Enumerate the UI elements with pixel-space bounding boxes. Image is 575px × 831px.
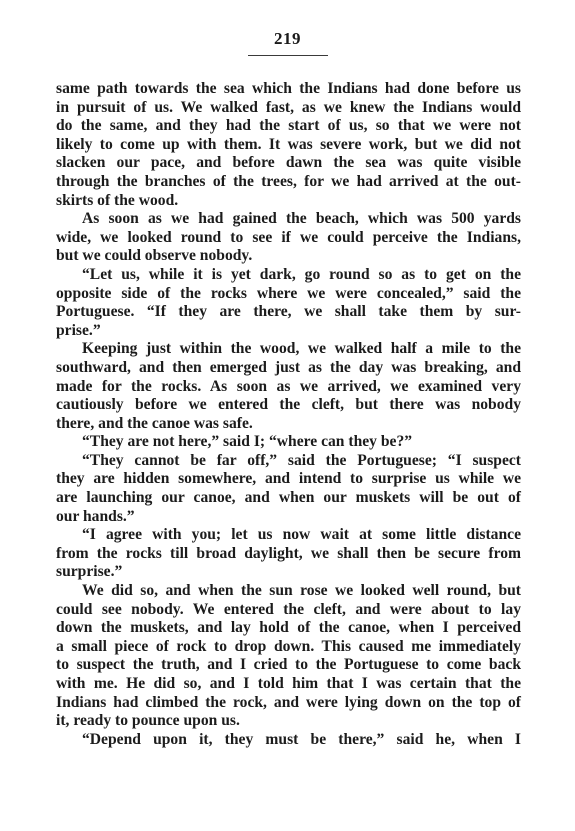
- text-line: down the muskets, and lay hold of the ca…: [56, 619, 521, 638]
- body-text: same path towards the sea which the Indi…: [56, 80, 521, 749]
- text-line-content: are launching our canoe, and when our mu…: [56, 489, 521, 508]
- text-line-content: Indians had climbed the rock, and were l…: [56, 694, 521, 713]
- text-line: “They cannot be far off,” said the Portu…: [56, 452, 521, 471]
- header-rule: [248, 55, 328, 56]
- text-line-content: to suspect the truth, and I cried to the…: [56, 656, 521, 675]
- text-line-content: Keeping just within the wood, we walked …: [82, 340, 521, 359]
- text-line-content: We did so, and when the sun rose we look…: [82, 582, 521, 601]
- text-line: We did so, and when the sun rose we look…: [56, 582, 521, 601]
- text-line-content: opposite side of the rocks where we were…: [56, 285, 521, 304]
- text-line: “Depend upon it, they must be there,” sa…: [56, 731, 521, 750]
- text-line-content: with me. He did so, and I told him that …: [56, 675, 521, 694]
- text-line: likely to come up with them. It was seve…: [56, 136, 521, 155]
- text-line: made for the rocks. As soon as we arrive…: [56, 378, 521, 397]
- text-line: but we could observe nobody.: [56, 247, 521, 266]
- text-line-content: from the rocks till broad daylight, we s…: [56, 545, 521, 564]
- text-line-content: same path towards the sea which the Indi…: [56, 80, 521, 99]
- text-line-content: “I agree with you; let us now wait at so…: [82, 526, 521, 545]
- text-line-content: our hands.”: [56, 508, 521, 527]
- text-line: “Let us, while it is yet dark, go round …: [56, 266, 521, 285]
- text-line: cautiously before we entered the cleft, …: [56, 396, 521, 415]
- text-line-content: surprise.”: [56, 563, 521, 582]
- text-line-content: down the muskets, and lay hold of the ca…: [56, 619, 521, 638]
- text-line-content: do the same, and they had the start of u…: [56, 117, 521, 136]
- text-line: our hands.”: [56, 508, 521, 527]
- text-line-content: cautiously before we entered the cleft, …: [56, 396, 521, 415]
- text-line-content: skirts of the wood.: [56, 192, 521, 211]
- text-line: there, and the canoe was safe.: [56, 415, 521, 434]
- text-line-content: “Let us, while it is yet dark, go round …: [82, 266, 521, 285]
- text-line-content: in pursuit of us. We walked fast, as we …: [56, 99, 521, 118]
- text-line-content: through the branches of the trees, for w…: [56, 173, 521, 192]
- text-line: could see nobody. We entered the cleft, …: [56, 601, 521, 620]
- text-line-content: a small piece of rock to drop down. This…: [56, 638, 521, 657]
- text-line-content: could see nobody. We entered the cleft, …: [56, 601, 521, 620]
- text-line-content: southward, and then emerged just as the …: [56, 359, 521, 378]
- text-line-content: slacken our pace, and before dawn the se…: [56, 154, 521, 173]
- text-line: a small piece of rock to drop down. This…: [56, 638, 521, 657]
- text-line-content: they are hidden somewhere, and intend to…: [56, 470, 521, 489]
- text-line-content: As soon as we had gained the beach, whic…: [82, 210, 521, 229]
- text-line: Portuguese. “If they are there, we shall…: [56, 303, 521, 322]
- text-line: surprise.”: [56, 563, 521, 582]
- text-line-content: it, ready to pounce upon us.: [56, 712, 521, 731]
- text-line-content: “They cannot be far off,” said the Portu…: [82, 452, 521, 471]
- text-line: do the same, and they had the start of u…: [56, 117, 521, 136]
- text-line: “I agree with you; let us now wait at so…: [56, 526, 521, 545]
- text-line: As soon as we had gained the beach, whic…: [56, 210, 521, 229]
- page-number: 219: [0, 29, 575, 49]
- text-line-content: “They are not here,” said I; “where can …: [82, 433, 521, 452]
- text-line-content: prise.”: [56, 322, 521, 341]
- text-line: are launching our canoe, and when our mu…: [56, 489, 521, 508]
- text-line: it, ready to pounce upon us.: [56, 712, 521, 731]
- text-line: Indians had climbed the rock, and were l…: [56, 694, 521, 713]
- text-line-content: there, and the canoe was safe.: [56, 415, 521, 434]
- text-line-content: but we could observe nobody.: [56, 247, 521, 266]
- text-line: “They are not here,” said I; “where can …: [56, 433, 521, 452]
- text-line-content: Portuguese. “If they are there, we shall…: [56, 303, 521, 322]
- text-line: wide, we looked round to see if we could…: [56, 229, 521, 248]
- text-line: Keeping just within the wood, we walked …: [56, 340, 521, 359]
- text-line: they are hidden somewhere, and intend to…: [56, 470, 521, 489]
- text-line: to suspect the truth, and I cried to the…: [56, 656, 521, 675]
- text-line: skirts of the wood.: [56, 192, 521, 211]
- text-line-content: “Depend upon it, they must be there,” sa…: [82, 731, 521, 750]
- text-line: southward, and then emerged just as the …: [56, 359, 521, 378]
- text-line-content: wide, we looked round to see if we could…: [56, 229, 521, 248]
- text-line: same path towards the sea which the Indi…: [56, 80, 521, 99]
- text-line-content: made for the rocks. As soon as we arrive…: [56, 378, 521, 397]
- text-line: through the branches of the trees, for w…: [56, 173, 521, 192]
- text-line: slacken our pace, and before dawn the se…: [56, 154, 521, 173]
- text-line: opposite side of the rocks where we were…: [56, 285, 521, 304]
- text-line: in pursuit of us. We walked fast, as we …: [56, 99, 521, 118]
- text-line-content: likely to come up with them. It was seve…: [56, 136, 521, 155]
- text-line: prise.”: [56, 322, 521, 341]
- text-line: from the rocks till broad daylight, we s…: [56, 545, 521, 564]
- text-line: with me. He did so, and I told him that …: [56, 675, 521, 694]
